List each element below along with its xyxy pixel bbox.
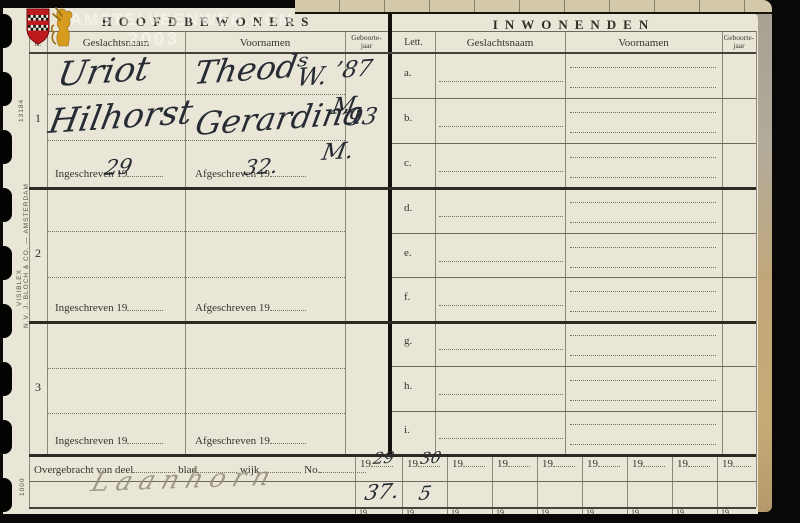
afgeschreven-label-2: Afgeschreven 19 [195, 301, 306, 314]
letter-label: c. [404, 157, 412, 169]
transfer-no-handwritten: 37. [363, 481, 401, 504]
letter-label: d. [404, 202, 412, 214]
letter-label: f. [404, 291, 410, 303]
resident-block-2: 2 Ingeschreven 19 Afgeschreven 19 [29, 188, 388, 321]
year-cell-3: 19 [447, 457, 492, 479]
writing-line [570, 443, 716, 445]
letter-label: e. [404, 247, 412, 259]
header-firstnames-left: Voornamen [185, 37, 345, 49]
year-cell-6: 19 [582, 457, 627, 479]
writing-line [439, 437, 563, 439]
lodger-row-a: a. [392, 53, 756, 98]
writing-line [439, 393, 563, 395]
year-cell-9: 19 [717, 457, 756, 479]
birthyear-handwritten-1: ’87 [333, 58, 374, 83]
writing-line [570, 221, 716, 223]
header-surname-right: Geslachtsnaam [435, 37, 565, 49]
writing-line [439, 125, 563, 127]
letter-label: a. [404, 67, 412, 79]
afgeschreven-year-1: 32. [242, 156, 280, 179]
writing-line [47, 93, 345, 95]
transfer-section: Overgebracht van deel blad wijk No. Laan… [29, 455, 756, 514]
lodger-row-b: b. [392, 98, 756, 143]
pencil-note-street: Laanhorn [88, 464, 280, 496]
ingeschreven-label-3: Ingeschreven 19 [55, 434, 163, 447]
writing-line [570, 176, 716, 178]
year-value-handwritten: 30 [419, 450, 443, 467]
writing-line [47, 230, 345, 232]
grid-line-h [29, 31, 388, 32]
register-card: 13184 VISIBLEX N.V. J. BLOCH & CO. — AMS… [3, 8, 758, 514]
writing-line [439, 260, 563, 262]
watermark-year: 2003 [128, 29, 180, 50]
afgeschreven-label-3: Afgeschreven 19 [195, 434, 306, 447]
letter-label: i. [404, 424, 410, 436]
year-cell-2: 1930 [402, 457, 447, 479]
brand-visiblex: VISIBLEX [16, 226, 23, 306]
writing-line [570, 246, 716, 248]
writing-line [570, 66, 716, 68]
surname-handwritten-2: Hilhorst [46, 95, 195, 139]
binding-hole [0, 246, 12, 280]
resident-block-1: 1 Uriot Theodˢ W. ’87 M. Hilhorst Gerard… [29, 53, 388, 187]
birthyear-handwritten-2: ’93 [338, 106, 379, 131]
page-stack-edge [757, 6, 772, 512]
firstnames-handwritten-1: Theodˢ [192, 49, 311, 89]
previous-card-edge [295, 0, 772, 14]
grid-line-h [392, 31, 756, 32]
writing-line [570, 131, 716, 133]
transfer-wijk-handwritten: 5 [417, 484, 433, 504]
year-cell-8: 19 [672, 457, 717, 479]
lodger-row-f: f. [392, 277, 756, 321]
writing-line [439, 304, 563, 306]
lodger-row-g: g. [392, 322, 756, 366]
year-value-handwritten: 29 [372, 450, 396, 467]
writing-line [570, 266, 716, 268]
header-lett: Lett. [392, 37, 435, 48]
year-cell-5: 19 [537, 457, 582, 479]
binding-hole [0, 362, 12, 396]
scanned-register-page: 13184 VISIBLEX N.V. J. BLOCH & CO. — AMS… [0, 0, 800, 523]
header-firstnames-right: Voornamen [565, 37, 722, 49]
binding-hole [0, 130, 12, 164]
print-run-code: 1000 [19, 458, 26, 496]
writing-line [47, 367, 345, 369]
golden-lion-icon [52, 8, 72, 46]
annotation-handwritten-1: W. [295, 63, 329, 90]
binding-hole [0, 304, 12, 338]
writing-line [570, 310, 716, 312]
binding-hole [0, 420, 12, 454]
form-number-code: 13184 [18, 74, 25, 122]
mark-handwritten-2: M. [320, 140, 355, 165]
volgnr-2: 2 [29, 246, 47, 261]
lodger-row-d: d. [392, 188, 756, 233]
writing-line [439, 170, 563, 172]
writing-line [570, 111, 716, 113]
writing-line [570, 156, 716, 158]
writing-line [570, 201, 716, 203]
year-cell-7: 19 [627, 457, 672, 479]
header-birthyear-right: Geboorte-jaar [722, 34, 756, 50]
clipped-next-row: 19 19 19 19 19 19 19 19 19 [29, 508, 756, 514]
writing-line [570, 334, 716, 336]
ingeschreven-year-1: 29 [103, 156, 134, 179]
binding-hole [0, 72, 12, 106]
letter-label: h. [404, 380, 412, 392]
writing-line [570, 379, 716, 381]
writing-line [439, 348, 563, 350]
writing-line [570, 399, 716, 401]
volgnr-1: 1 [29, 111, 47, 126]
binding-hole [0, 478, 12, 512]
writing-line [570, 86, 716, 88]
watermark-site: AMSTELVEENWEB.COM [70, 10, 294, 30]
ingeschreven-label-2: Ingeschreven 19 [55, 301, 163, 314]
header-birthyear-left: Geboorte-jaar [345, 34, 388, 50]
grid-line-v [756, 31, 757, 507]
lodger-row-h: h. [392, 366, 756, 411]
writing-line [570, 354, 716, 356]
letter-label: g. [404, 335, 412, 347]
writing-line [47, 412, 345, 414]
volgnr-3: 3 [29, 380, 47, 395]
binding-hole [0, 188, 12, 222]
lodger-row-i: i. [392, 411, 756, 454]
year-cell-1: 1929 [355, 457, 402, 479]
writing-line [570, 290, 716, 292]
writing-line [47, 276, 345, 278]
lodger-row-e: e. [392, 233, 756, 277]
writing-line [439, 80, 563, 82]
letter-label: b. [404, 112, 412, 124]
writing-line [439, 215, 563, 217]
surname-handwritten-1: Uriot [55, 52, 152, 92]
year-cell-4: 19 [492, 457, 537, 479]
writing-line [570, 423, 716, 425]
binding-hole [0, 14, 12, 48]
resident-block-3: 3 Ingeschreven 19 Afgeschreven 19 [29, 322, 388, 454]
lodger-row-c: c. [392, 143, 756, 187]
